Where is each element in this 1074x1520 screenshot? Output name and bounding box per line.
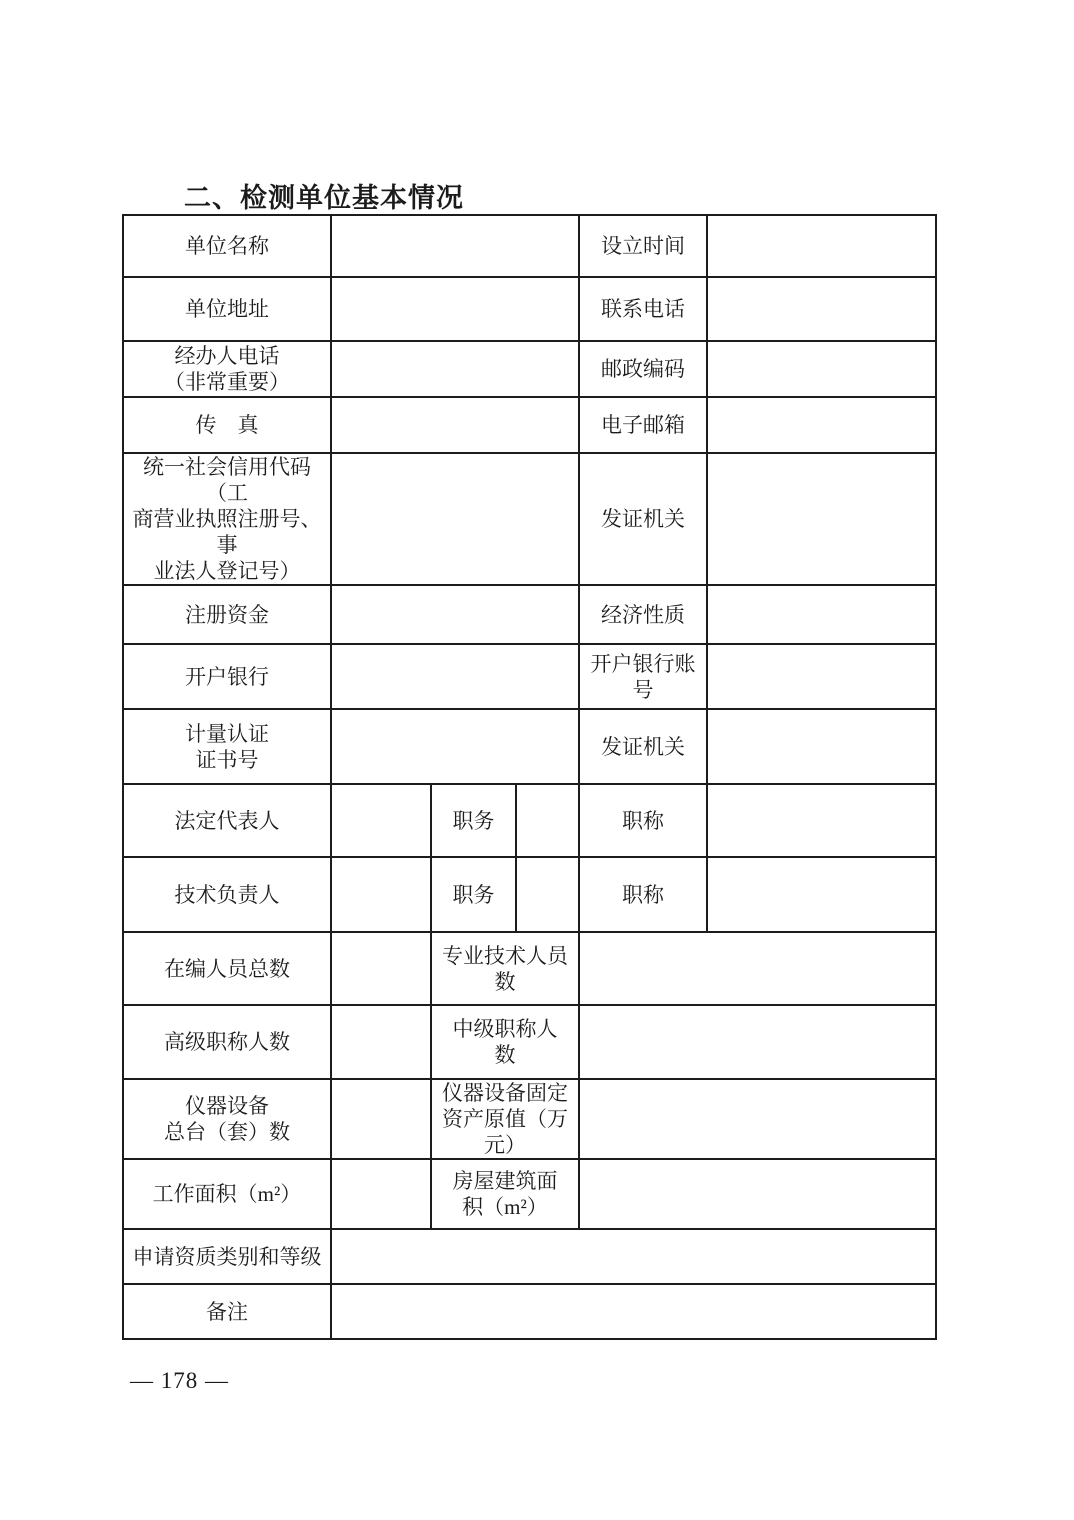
license-authority-label: 发证机关	[579, 453, 707, 585]
work-area-value-cell	[331, 1159, 431, 1229]
metrology-cert-value-cell	[331, 709, 579, 784]
unit-address-value-cell	[331, 277, 579, 341]
legal-rep-position-value-cell	[516, 784, 579, 857]
professional-staff-label: 专业技术人员数	[431, 932, 579, 1005]
row-unit-name: 单位名称 设立时间	[123, 215, 936, 277]
tech-director-position-label: 职务	[431, 857, 516, 932]
row-staff-total: 在编人员总数 专业技术人员数	[123, 932, 936, 1005]
registered-capital-value-cell	[331, 585, 579, 644]
row-metrology-cert: 计量认证 证书号 发证机关	[123, 709, 936, 784]
email-value-cell	[707, 397, 936, 453]
bank-account-label: 开户银行账 号	[579, 644, 707, 709]
legal-rep-title-label: 职称	[579, 784, 707, 857]
row-registered-capital: 注册资金 经济性质	[123, 585, 936, 644]
tech-director-title-label: 职称	[579, 857, 707, 932]
row-equipment: 仪器设备 总台（套）数 仪器设备固定 资产原值（万 元）	[123, 1079, 936, 1159]
unit-name-label: 单位名称	[123, 215, 331, 277]
contact-phone-value-cell	[707, 277, 936, 341]
equipment-count-value-cell	[331, 1079, 431, 1159]
senior-title-label: 高级职称人数	[123, 1005, 331, 1079]
section-title: 二、检测单位基本情况	[184, 176, 464, 215]
qualification-value-cell	[331, 1229, 936, 1284]
tech-director-value-cell	[331, 857, 431, 932]
senior-title-value-cell	[331, 1005, 431, 1079]
equipment-value-label: 仪器设备固定 资产原值（万 元）	[431, 1079, 579, 1159]
qualification-label: 申请资质类别和等级	[123, 1229, 331, 1284]
row-qualification: 申请资质类别和等级	[123, 1229, 936, 1284]
row-work-area: 工作面积（m²） 房屋建筑面 积（m²）	[123, 1159, 936, 1229]
credit-code-value-cell	[331, 453, 579, 585]
economic-nature-value-cell	[707, 585, 936, 644]
remarks-label: 备注	[123, 1284, 331, 1339]
unit-name-value-cell	[331, 215, 579, 277]
postal-code-label: 邮政编码	[579, 341, 707, 397]
legal-rep-value-cell	[331, 784, 431, 857]
building-area-value-cell	[579, 1159, 936, 1229]
row-credit-code: 统一社会信用代码（工 商营业执照注册号、事 业法人登记号） 发证机关	[123, 453, 936, 585]
document-page: 二、检测单位基本情况 单位名称 设立时间 单位地址 联系电话 经办人电话 （非常…	[0, 0, 1074, 1520]
metrology-cert-label: 计量认证 证书号	[123, 709, 331, 784]
professional-staff-value-cell	[579, 932, 936, 1005]
remarks-value-cell	[331, 1284, 936, 1339]
row-tech-director: 技术负责人 职务 职称	[123, 857, 936, 932]
establish-date-value-cell	[707, 215, 936, 277]
legal-rep-position-label: 职务	[431, 784, 516, 857]
equipment-value-value-cell	[579, 1079, 936, 1159]
legal-rep-title-value-cell	[707, 784, 936, 857]
email-label: 电子邮箱	[579, 397, 707, 453]
staff-total-label: 在编人员总数	[123, 932, 331, 1005]
building-area-label: 房屋建筑面 积（m²）	[431, 1159, 579, 1229]
agent-phone-value-cell	[331, 341, 579, 397]
row-fax: 传 真 电子邮箱	[123, 397, 936, 453]
bank-value-cell	[331, 644, 579, 709]
registered-capital-label: 注册资金	[123, 585, 331, 644]
economic-nature-label: 经济性质	[579, 585, 707, 644]
fax-label: 传 真	[123, 397, 331, 453]
bank-account-value-cell	[707, 644, 936, 709]
license-authority-value-cell	[707, 453, 936, 585]
work-area-label: 工作面积（m²）	[123, 1159, 331, 1229]
fax-value-cell	[331, 397, 579, 453]
page-number: — 178 —	[130, 1368, 229, 1394]
row-senior-title: 高级职称人数 中级职称人 数	[123, 1005, 936, 1079]
tech-director-label: 技术负责人	[123, 857, 331, 932]
legal-rep-label: 法定代表人	[123, 784, 331, 857]
cert-authority-label: 发证机关	[579, 709, 707, 784]
tech-director-position-value-cell	[516, 857, 579, 932]
unit-info-table: 单位名称 设立时间 单位地址 联系电话 经办人电话 （非常重要） 邮政编码 传 …	[122, 214, 937, 1340]
agent-phone-label: 经办人电话 （非常重要）	[123, 341, 331, 397]
row-legal-rep: 法定代表人 职务 职称	[123, 784, 936, 857]
establish-date-label: 设立时间	[579, 215, 707, 277]
row-unit-address: 单位地址 联系电话	[123, 277, 936, 341]
bank-label: 开户银行	[123, 644, 331, 709]
tech-director-title-value-cell	[707, 857, 936, 932]
contact-phone-label: 联系电话	[579, 277, 707, 341]
equipment-count-label: 仪器设备 总台（套）数	[123, 1079, 331, 1159]
postal-code-value-cell	[707, 341, 936, 397]
unit-address-label: 单位地址	[123, 277, 331, 341]
row-agent-phone: 经办人电话 （非常重要） 邮政编码	[123, 341, 936, 397]
staff-total-value-cell	[331, 932, 431, 1005]
mid-title-label: 中级职称人 数	[431, 1005, 579, 1079]
row-remarks: 备注	[123, 1284, 936, 1339]
row-bank: 开户银行 开户银行账 号	[123, 644, 936, 709]
credit-code-label: 统一社会信用代码（工 商营业执照注册号、事 业法人登记号）	[123, 453, 331, 585]
mid-title-value-cell	[579, 1005, 936, 1079]
cert-authority-value-cell	[707, 709, 936, 784]
